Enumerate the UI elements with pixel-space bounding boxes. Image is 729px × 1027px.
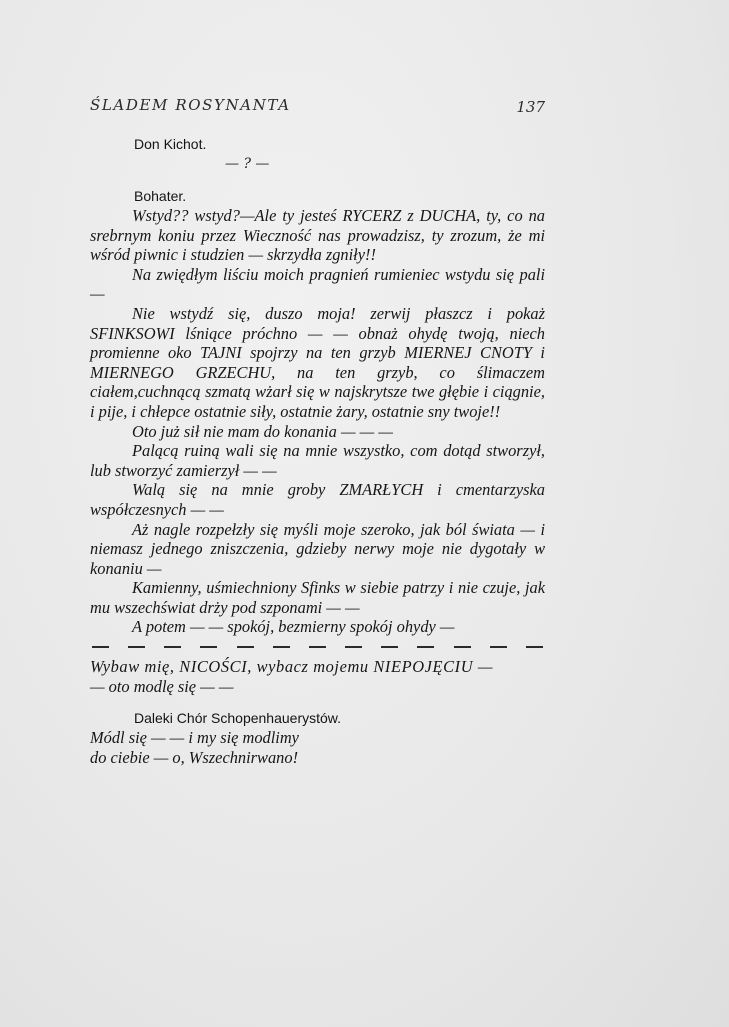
dash: [381, 646, 398, 648]
dash-separator: [90, 637, 545, 657]
dash: [417, 646, 434, 648]
dash: [200, 646, 217, 648]
book-page: ŚLADEM ROSYNANTA 137 Don Kichot. — ? — B…: [90, 96, 545, 767]
dash: [454, 646, 471, 648]
paragraph: Palącą ruiną wali się na mnie wszystko, …: [90, 441, 545, 480]
don-kichot-line: — ? —: [90, 154, 545, 174]
verse-line: do ciebie — o, Wszechnirwano!: [90, 748, 545, 768]
dash: [490, 646, 507, 648]
dash: [164, 646, 181, 648]
chorus-verse: Módl się — — i my się modlimy do ciebie …: [90, 728, 545, 767]
paragraph: A potem — — spokój, bezmierny spokój ohy…: [90, 617, 545, 637]
closing-line: Wybaw mię, NICOŚCI, wybacz mojemu NIEPOJ…: [90, 657, 545, 677]
paragraph: Na zwiędłym liściu moich pragnień rumien…: [90, 265, 545, 304]
page-number: 137: [516, 98, 545, 116]
dash: [273, 646, 290, 648]
dash: [128, 646, 145, 648]
speaker-don-kichot: Don Kichot.: [90, 134, 545, 154]
dash: [345, 646, 362, 648]
speaker-bohater: Bohater.: [90, 186, 545, 206]
running-head: ŚLADEM ROSYNANTA 137: [90, 96, 545, 120]
closing-line: — oto modlę się — —: [90, 677, 545, 697]
verse-line: Módl się — — i my się modlimy: [90, 728, 545, 748]
speaker-chorus: Daleki Chór Schopenhauerystów.: [90, 708, 545, 728]
paragraph: Oto już sił nie mam do konania — — —: [90, 422, 545, 442]
paragraph: Walą się na mnie groby ZMARŁYCH i cmenta…: [90, 480, 545, 519]
paragraph: Nie wstydź się, duszo moja! zerwij płasz…: [90, 304, 545, 422]
paragraph: Wstyd?? wstyd?—Ale ty jesteś RYCERZ z DU…: [90, 206, 545, 265]
paragraph: Kamienny, uśmiechniony Sfinks w siebie p…: [90, 578, 545, 617]
dash: [526, 646, 543, 648]
running-title: ŚLADEM ROSYNANTA: [90, 96, 291, 114]
dash: [309, 646, 326, 648]
dash: [237, 646, 254, 648]
dash: [92, 646, 109, 648]
bohater-speech: Wstyd?? wstyd?—Ale ty jesteś RYCERZ z DU…: [90, 206, 545, 696]
paragraph: Aż nagle rozpełzły się myśli moje szerok…: [90, 520, 545, 579]
